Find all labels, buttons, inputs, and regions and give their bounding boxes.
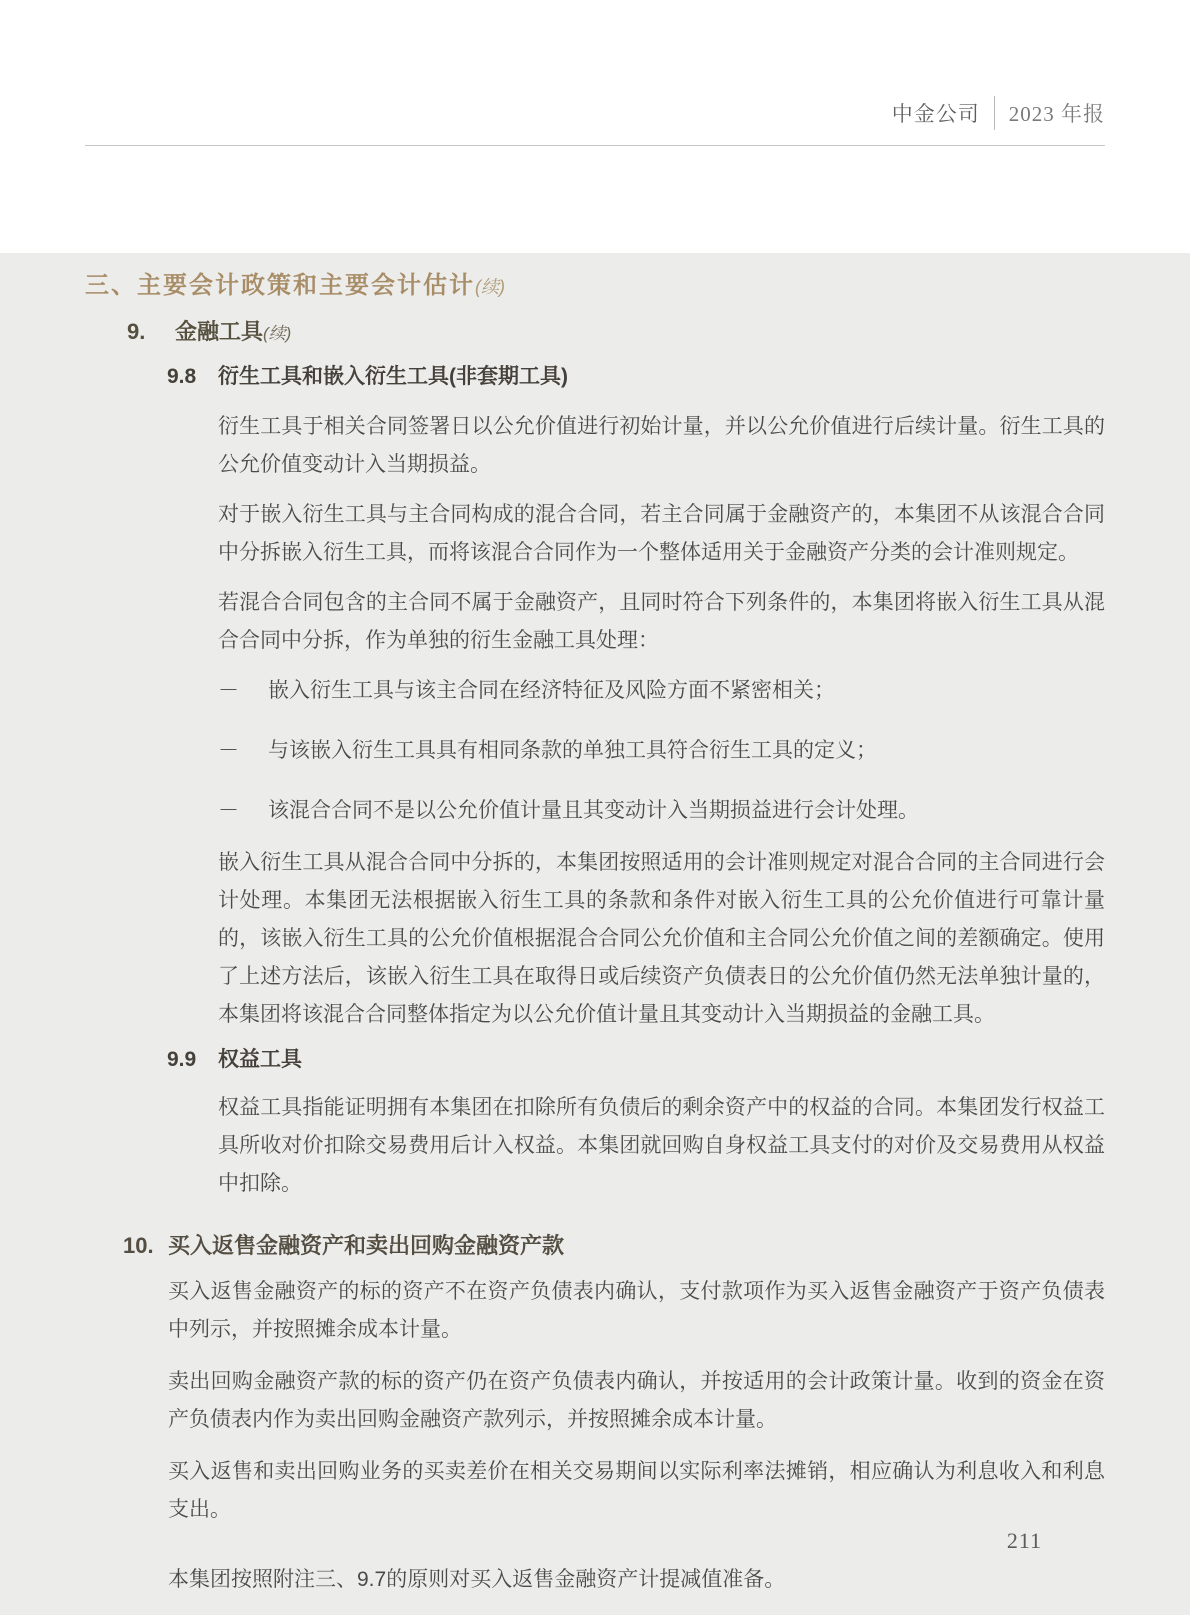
- bullet-item: － 嵌入衍生工具与该主合同在经济特征及风险方面不紧密相关；: [218, 672, 1105, 710]
- section-10-title: 买入返售金融资产和卖出回购金融资产款: [168, 1229, 564, 1263]
- bullet-dash: －: [218, 732, 268, 770]
- section-9-title: 金融工具: [175, 319, 263, 344]
- paragraph: 衍生工具于相关合同签署日以公允价值进行初始计量，并以公允价值进行后续计量。衍生工…: [218, 408, 1105, 484]
- bullet-item: － 与该嵌入衍生工具具有相同条款的单独工具符合衍生工具的定义；: [218, 732, 1105, 770]
- section-10-number: 10.: [123, 1229, 168, 1263]
- paragraph: 买入返售金融资产的标的资产不在资产负债表内确认，支付款项作为买入返售金融资产于资…: [168, 1273, 1105, 1349]
- section-9-number: 9.: [127, 316, 175, 350]
- header-company-name: 中金公司: [892, 98, 980, 128]
- main-section-suffix: (续): [475, 277, 505, 297]
- section-9-title-wrap: 金融工具(续): [175, 316, 291, 350]
- paragraph: 若混合合同包含的主合同不属于金融资产，且同时符合下列条件的，本集团将嵌入衍生工具…: [218, 584, 1105, 660]
- masthead: 中金公司 2023 年报: [892, 96, 1105, 130]
- subsection-9-9-title: 权益工具: [218, 1044, 302, 1075]
- subsection-9-8-title: 衍生工具和嵌入衍生工具(非套期工具): [218, 361, 568, 392]
- paragraph: 本集团按照附注三、9.7的原则对买入返售金融资产计提减值准备。: [168, 1561, 1105, 1599]
- subsection-9-8-number: 9.8: [167, 361, 218, 392]
- paragraph: 嵌入衍生工具从混合合同中分拆的，本集团按照适用的会计准则规定对混合合同的主合同进…: [218, 844, 1105, 1034]
- bullet-text: 嵌入衍生工具与该主合同在经济特征及风险方面不紧密相关；: [268, 672, 835, 710]
- bullet-dash: －: [218, 672, 268, 710]
- paragraph: 权益工具指能证明拥有本集团在扣除所有负债后的剩余资产中的权益的合同。本集团发行权…: [218, 1089, 1105, 1203]
- subsection-9-9-number: 9.9: [167, 1044, 218, 1075]
- subsection-9-9-body: 权益工具指能证明拥有本集团在扣除所有负债后的剩余资产中的权益的合同。本集团发行权…: [218, 1089, 1105, 1203]
- subsection-9-9-heading: 9.9 权益工具: [85, 1044, 1105, 1075]
- subsection-9-8-body: 衍生工具于相关合同签署日以公允价值进行初始计量，并以公允价值进行后续计量。衍生工…: [218, 408, 1105, 1034]
- subsection-9-8-heading: 9.8 衍生工具和嵌入衍生工具(非套期工具): [85, 361, 1105, 392]
- header-rule: [85, 145, 1105, 146]
- section-10-heading: 10. 买入返售金融资产和卖出回购金融资产款: [85, 1229, 1105, 1263]
- paragraph: 对于嵌入衍生工具与主合同构成的混合合同，若主合同属于金融资产的，本集团不从该混合…: [218, 496, 1105, 572]
- paragraph: 买入返售和卖出回购业务的买卖差价在相关交易期间以实际利率法摊销，相应确认为利息收…: [168, 1453, 1105, 1529]
- main-section-title: 三、主要会计政策和主要会计估计: [85, 272, 475, 299]
- section-9-suffix: (续): [263, 324, 291, 343]
- section-9-heading: 9. 金融工具(续): [85, 316, 1105, 350]
- bullet-text: 该混合合同不是以公允价值计量且其变动计入当期损益进行会计处理。: [268, 792, 919, 830]
- page-header: 中金公司 2023 年报: [0, 0, 1190, 253]
- bullet-dash: －: [218, 792, 268, 830]
- page-content: 三、主要会计政策和主要会计估计(续) 9. 金融工具(续) 9.8 衍生工具和嵌…: [0, 253, 1190, 1615]
- main-section-heading: 三、主要会计政策和主要会计估计(续): [85, 253, 1105, 304]
- header-divider: [994, 96, 995, 130]
- report-page: 中金公司 2023 年报 三、主要会计政策和主要会计估计(续) 9. 金融工具(…: [0, 0, 1190, 1615]
- bullet-item: － 该混合合同不是以公允价值计量且其变动计入当期损益进行会计处理。: [218, 792, 1105, 830]
- header-report-year: 2023 年报: [1009, 98, 1105, 128]
- bullet-text: 与该嵌入衍生工具具有相同条款的单独工具符合衍生工具的定义；: [268, 732, 877, 770]
- page-number: 211: [1007, 1528, 1042, 1554]
- section-10-body: 买入返售金融资产的标的资产不在资产负债表内确认，支付款项作为买入返售金融资产于资…: [168, 1273, 1105, 1599]
- paragraph: 卖出回购金融资产款的标的资产仍在资产负债表内确认，并按适用的会计政策计量。收到的…: [168, 1363, 1105, 1439]
